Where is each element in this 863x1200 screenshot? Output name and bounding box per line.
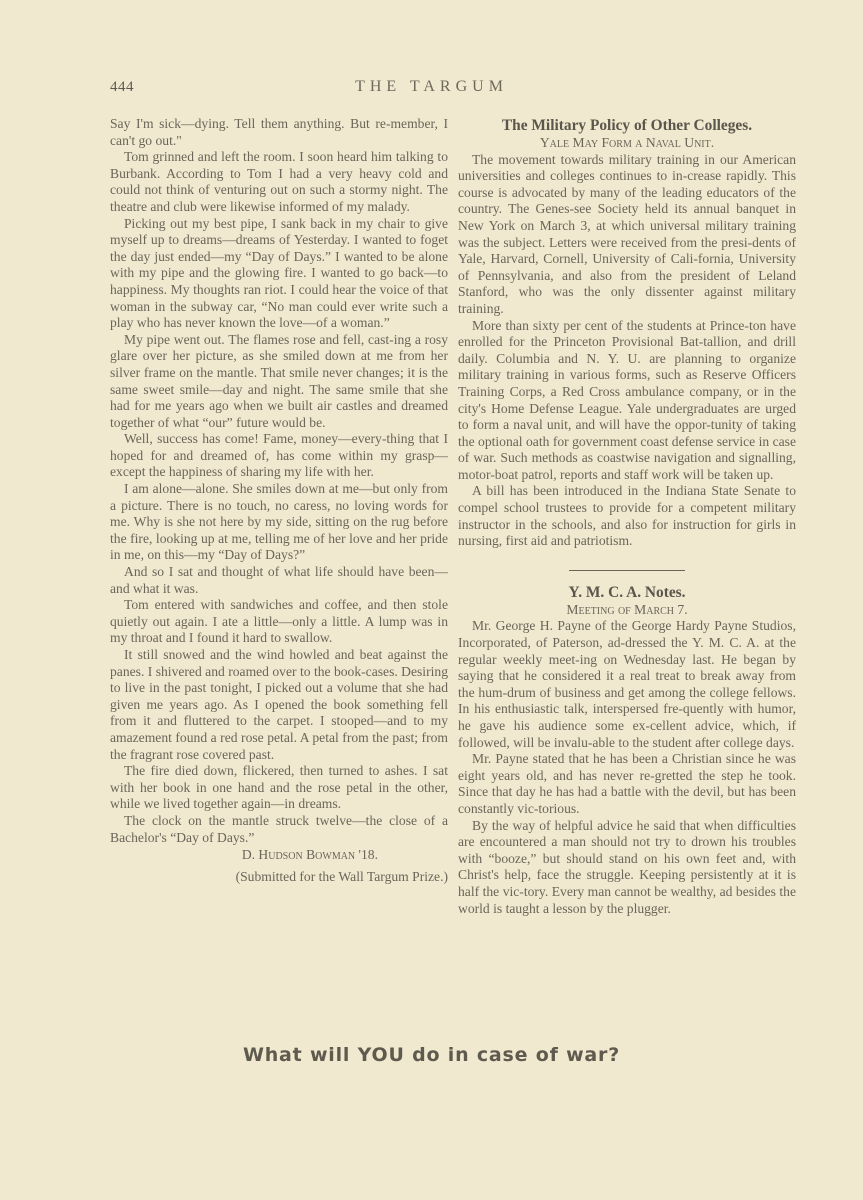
left-column-story: Say I'm sick—dying. Tell them anything. …	[110, 116, 448, 885]
story-paragraph: I am alone—alone. She smiles down at me—…	[110, 481, 448, 564]
story-paragraph: The fire died down, flickered, then turn…	[110, 763, 448, 813]
article-subhead: Meeting of March 7.	[458, 602, 796, 619]
story-paragraph: My pipe went out. The flames rose and fe…	[110, 332, 448, 432]
story-paragraph: Well, success has come! Fame, money—ever…	[110, 431, 448, 481]
article-headline: The Military Policy of Other Colleges.	[458, 116, 796, 135]
article-paragraph: More than sixty per cent of the students…	[458, 318, 796, 484]
article-headline: Y. M. C. A. Notes.	[458, 583, 796, 602]
article-paragraph: Mr. George H. Payne of the George Hardy …	[458, 618, 796, 751]
story-paragraph: The clock on the mantle struck twelve—th…	[110, 813, 448, 846]
article-paragraph: A bill has been introduced in the Indian…	[458, 483, 796, 549]
article-paragraph: By the way of helpful advice he said tha…	[458, 818, 796, 918]
story-paragraph: Tom entered with sandwiches and coffee, …	[110, 597, 448, 647]
article-paragraph: The movement towards military training i…	[458, 152, 796, 318]
author-signature: D. Hudson Bowman '18.	[110, 847, 448, 864]
story-paragraph: Say I'm sick—dying. Tell them anything. …	[110, 116, 448, 149]
running-title: THE TARGUM	[0, 78, 863, 96]
right-column-news: The Military Policy of Other Colleges. Y…	[458, 116, 796, 917]
section-divider	[569, 570, 685, 571]
story-paragraph: It still snowed and the wind howled and …	[110, 647, 448, 763]
article-subhead: Yale May Form a Naval Unit.	[458, 135, 796, 152]
story-paragraph: Picking out my best pipe, I sank back in…	[110, 216, 448, 332]
article-military-policy: The Military Policy of Other Colleges. Y…	[458, 116, 796, 550]
submission-note: (Submitted for the Wall Targum Prize.)	[110, 869, 448, 886]
article-paragraph: Mr. Payne stated that he has been a Chri…	[458, 751, 796, 817]
story-paragraph: And so I sat and thought of what life sh…	[110, 564, 448, 597]
article-ymca-notes: Y. M. C. A. Notes. Meeting of March 7. M…	[458, 583, 796, 917]
war-banner: What will YOU do in case of war?	[0, 1044, 863, 1066]
story-paragraph: Tom grinned and left the room. I soon he…	[110, 149, 448, 215]
